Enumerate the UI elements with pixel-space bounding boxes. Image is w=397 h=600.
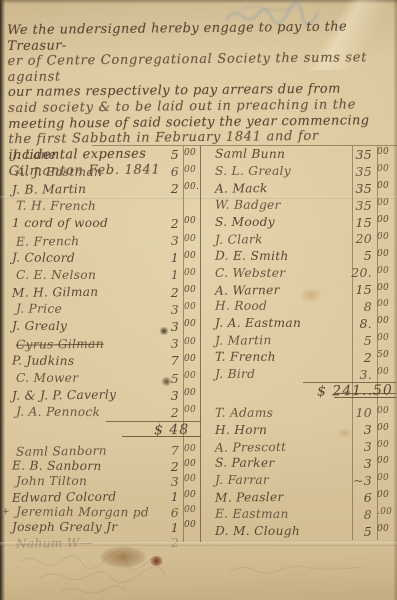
entry-dollars: ~3 xyxy=(348,473,377,488)
entry-cents: 00 xyxy=(377,440,396,450)
ledger-row: W. Badger 35 00 xyxy=(202,197,396,214)
left-column: J. Lane 5 00 A. J. Eastman 6 00 J. B. Ma… xyxy=(4,146,201,550)
entry-name: H. Rood xyxy=(206,299,348,314)
paper-fold-crease xyxy=(0,542,397,546)
entry-dollars: 6 xyxy=(153,164,184,179)
ledger-row: E. Eastman 8 .00 xyxy=(202,506,396,523)
entry-cents: 00 xyxy=(184,388,201,398)
entry-dollars: 8 xyxy=(348,507,377,522)
entry-cents: 50 xyxy=(377,350,396,360)
entry-name: D. M. Clough xyxy=(206,524,348,538)
entry-dollars: 35 xyxy=(348,164,377,179)
ledger-row: J. & J. P. Caverly 3 00 xyxy=(4,387,201,404)
ledger-row: A. Prescott 3 00 xyxy=(202,438,396,455)
ledger-row: John Tilton 3 00 xyxy=(4,474,201,489)
entry-name: J. Price xyxy=(8,302,153,317)
subtotal-amount: $ 48 xyxy=(154,421,201,438)
ledger-row: $ 241..50 xyxy=(202,382,396,399)
entry-dollars: 3 xyxy=(153,336,184,351)
entry-dollars: 20 xyxy=(348,231,377,246)
entry-cents: 00 xyxy=(184,234,201,244)
entry-name: T. Adams xyxy=(206,405,348,420)
entry-name: W. Badger xyxy=(206,198,348,213)
entry-dollars: 2 xyxy=(153,181,184,196)
entry-dollars: 5 xyxy=(348,248,377,263)
ledger-row: J. Clark 20 00 xyxy=(202,230,396,247)
ledger-row: C. Webster 20. 00 xyxy=(202,264,396,281)
entry-name: C. E. Nelson xyxy=(8,268,153,282)
entry-cents: 00 xyxy=(377,423,396,433)
entry-dollars: 5 xyxy=(348,524,377,539)
ledger-table: J. Lane 5 00 A. J. Eastman 6 00 J. B. Ma… xyxy=(0,146,397,548)
ledger-row: Saml Bunn 35 00 xyxy=(202,146,396,163)
ledger-row: J. A. Pennock 2 00 xyxy=(4,404,201,421)
entry-dollars: 6 xyxy=(153,505,184,520)
entry-dollars: 3 xyxy=(348,422,377,437)
ledger-row: Cyrus Gilman 3 00 xyxy=(4,335,201,352)
entry-name: Saml Bunn xyxy=(206,147,348,162)
entry-dollars: 3 xyxy=(153,233,184,248)
entry-name: T. H. French xyxy=(8,199,153,214)
entry-cents: 00 xyxy=(184,319,201,329)
ledger-row: T. Adams 10 00 xyxy=(202,404,396,421)
entry-cents: 00 xyxy=(184,371,201,381)
ledger-row: S. Parker 3 00 xyxy=(202,455,396,472)
ledger-row: J. A. Eastman 8. 00 xyxy=(202,315,396,332)
entry-cents: 00 xyxy=(377,232,396,242)
entry-dollars: 5 xyxy=(153,371,184,386)
entry-cents: 00 xyxy=(184,474,201,484)
entry-name: J. A. Eastman xyxy=(206,316,348,330)
entry-name: J. Lane xyxy=(8,147,153,162)
entry-name: A. Warner xyxy=(206,282,348,298)
entry-dollars: 3 xyxy=(153,302,184,317)
entry-cents: 00 xyxy=(377,406,396,416)
entry-name: J. Bird xyxy=(206,367,348,381)
ledger-row: S. L. Grealy 35 00 xyxy=(202,163,396,180)
ledger-row: T. French 2 50 xyxy=(202,349,396,366)
entry-dollars: 1 xyxy=(153,267,184,282)
entry-cents: 00 xyxy=(184,285,201,295)
ledger-row: $ 48 xyxy=(4,421,201,438)
ledger-row: A. Warner 15 00 xyxy=(202,281,396,298)
entry-name: J. & J. P. Caverly xyxy=(8,387,153,403)
ledger-row: E. B. Sanborn 2 00 xyxy=(4,458,201,473)
ledger-row: A. Mack 35 00 xyxy=(202,180,396,197)
entry-cents: 00 xyxy=(184,444,201,454)
entry-name: A. J. Eastman xyxy=(8,165,153,179)
entry-cents: 00 xyxy=(377,456,396,466)
entry-name: J. A. Pennock xyxy=(8,405,153,420)
ledger-row: J. Price 3 00 xyxy=(4,301,201,318)
entry-name: C. Webster xyxy=(206,266,348,280)
ledger-page: We the undersigned hereby engage to pay … xyxy=(0,0,397,600)
ledger-row: C. Mower 5 00 xyxy=(4,369,201,386)
entry-dollars: 35 xyxy=(348,147,377,162)
entry-dollars: 15 xyxy=(348,282,377,297)
entry-name: Jeremiah Morgan pd xyxy=(8,505,153,520)
entry-dollars: 3 xyxy=(153,474,184,489)
entry-dollars: 5 xyxy=(153,147,184,162)
header-line: er of Centre Congregational Society the … xyxy=(8,50,394,85)
entry-dollars: 7 xyxy=(153,443,184,458)
ledger-row: H. Rood 8 00 xyxy=(202,298,396,315)
entry-cents: 00 xyxy=(377,181,396,191)
entry-cents: 00 xyxy=(184,505,201,515)
ledger-row: J. Grealy 3 00 xyxy=(4,318,201,335)
entry-name: Edward Colcord xyxy=(8,489,153,505)
subtotal-amount: $ 241..50 xyxy=(317,382,396,399)
entry-cents: 00 xyxy=(377,215,396,225)
entry-cents: 00 xyxy=(184,337,201,347)
entry-dollars: 3 xyxy=(153,319,184,334)
entry-cents: 00. xyxy=(184,182,201,192)
entry-cents: 00 xyxy=(184,268,201,278)
entry-name: J. Colcord xyxy=(8,250,153,265)
ledger-row: P. Judkins 7 00 xyxy=(4,352,201,369)
ledger-row: J. Lane 5 00 xyxy=(4,146,201,163)
entry-dollars: 3. xyxy=(348,367,377,382)
entry-cents: 00 xyxy=(184,216,201,226)
entry-cents: 00 xyxy=(184,148,201,158)
ledger-row: E. French 3 00 xyxy=(4,232,201,249)
right-column: Saml Bunn 35 00 S. L. Grealy 35 00 A. Ma… xyxy=(202,146,396,539)
ledger-row: Joseph Grealy Jr 1 00 xyxy=(4,520,201,535)
ledger-row: M. Peasler 6 00 xyxy=(202,489,396,506)
entry-name: M. H. Gilman xyxy=(8,284,153,300)
ledger-row: J. B. Martin 2 00. xyxy=(4,180,201,197)
entry-dollars: 7 xyxy=(153,353,184,368)
ledger-row: J. Martin 5 00 xyxy=(202,332,396,349)
entry-name: S. L. Grealy xyxy=(206,164,348,178)
bleed-through-writing xyxy=(0,548,397,598)
entry-dollars: 2 xyxy=(153,405,184,420)
entry-cents: 00 xyxy=(184,251,201,261)
entry-dollars: 35 xyxy=(348,181,377,196)
ledger-row: J. Farrar ~3 00 xyxy=(202,472,396,489)
entry-name: 1 cord of wood xyxy=(8,216,153,230)
entry-name: Joseph Grealy Jr xyxy=(8,520,153,534)
entry-dollars: 35 xyxy=(348,198,377,213)
entry-cents: 00 xyxy=(377,524,396,534)
entry-dollars: 8. xyxy=(348,316,377,331)
entry-cents: 00 xyxy=(184,165,201,175)
entry-dollars: 2 xyxy=(348,350,377,365)
entry-cents: 00 xyxy=(377,490,396,500)
ledger-row: A. J. Eastman 6 00 xyxy=(4,163,201,180)
entry-name: Cyrus Gilman xyxy=(8,336,153,352)
entry-dollars: 2 xyxy=(153,459,184,474)
entry-dollars: 2 xyxy=(153,216,184,231)
entry-dollars: 8 xyxy=(348,299,377,314)
entry-dollars: 20. xyxy=(348,265,377,280)
entry-dollars: 2 xyxy=(153,285,184,300)
entry-name: P. Judkins xyxy=(8,353,153,368)
ledger-row: D. M. Clough 5 00 xyxy=(202,523,396,540)
entry-cents: 00 xyxy=(377,147,396,157)
entry-name: J. Martin xyxy=(206,332,348,348)
entry-name: S. Moody xyxy=(206,215,348,229)
ledger-row: Edward Colcord 1 00 xyxy=(4,489,201,504)
entry-dollars: 1 xyxy=(153,489,184,504)
entry-cents: 00 xyxy=(377,299,396,309)
entry-dollars: 10 xyxy=(348,405,377,420)
entry-name: E. Eastman xyxy=(206,507,348,522)
entry-name: T. French xyxy=(206,350,348,365)
entry-cents: .00 xyxy=(377,507,396,517)
entry-dollars: 3 xyxy=(153,388,184,403)
ledger-row: 1 cord of wood 2 00 xyxy=(4,215,201,232)
entry-name: A. Mack xyxy=(206,180,348,196)
entry-name: J. Grealy xyxy=(8,319,153,333)
ledger-row: M. H. Gilman 2 00 xyxy=(4,284,201,301)
ledger-row: + Jeremiah Morgan pd 6 00 xyxy=(4,504,201,519)
entry-dollars: 3 xyxy=(348,439,377,454)
entry-name: J. Farrar xyxy=(206,473,348,487)
ledger-row: H. Horn 3 00 xyxy=(202,421,396,438)
entry-name: S. Parker xyxy=(206,456,348,471)
entry-dollars: 15 xyxy=(348,215,377,230)
entry-cents: 00 xyxy=(377,333,396,343)
entry-cents: 00 xyxy=(184,405,201,415)
entry-cents: 00 xyxy=(184,520,201,530)
entry-name: Saml Sanborn xyxy=(8,443,153,459)
entry-name: E. French xyxy=(8,233,153,249)
entry-dollars: 3 xyxy=(348,456,377,471)
ledger-row: D. E. Smith 5 00 xyxy=(202,247,396,264)
entry-cents: 00 xyxy=(184,354,201,364)
entry-cents: 00 xyxy=(184,490,201,500)
ledger-row: S. Moody 15 00 xyxy=(202,214,396,231)
entry-name: E. B. Sanborn xyxy=(8,459,153,474)
ledger-row: J. Colcord 1 00 xyxy=(4,249,201,266)
entry-name: John Tilton xyxy=(8,474,153,488)
entry-dollars: 5 xyxy=(348,333,377,348)
entry-name: J. Clark xyxy=(206,231,348,247)
entry-cents: 00 xyxy=(377,316,396,326)
entry-cents: 00 xyxy=(377,198,396,208)
entry-name: C. Mower xyxy=(8,371,153,385)
entry-cents: 00 xyxy=(184,459,201,469)
header-line: We the undersigned hereby engage to pay … xyxy=(7,19,393,54)
ledger-row: T. H. French xyxy=(4,198,201,215)
entry-dollars: 1 xyxy=(153,520,184,535)
entry-name: M. Peasler xyxy=(206,489,348,505)
entry-name: A. Prescott xyxy=(206,439,348,455)
entry-cents: 00 xyxy=(377,473,396,483)
entry-cents: 00 xyxy=(377,266,396,276)
entry-dollars: 1 xyxy=(153,250,184,265)
entry-cents: 00 xyxy=(377,283,396,293)
entry-name: H. Horn xyxy=(206,423,348,437)
ledger-row: C. E. Nelson 1 00 xyxy=(4,266,201,283)
entry-cents: 00 xyxy=(377,164,396,174)
entry-name: D. E. Smith xyxy=(206,248,348,263)
entry-dollars: 6 xyxy=(348,490,377,505)
entry-cents: 00 xyxy=(184,302,201,312)
entry-cents: 00 xyxy=(377,249,396,259)
ledger-row: Saml Sanborn 7 00 xyxy=(4,443,201,458)
entry-name: J. B. Martin xyxy=(8,181,153,197)
ledger-row: J. Bird 3. 00 xyxy=(202,366,396,383)
entry-cents: 00 xyxy=(377,367,396,377)
